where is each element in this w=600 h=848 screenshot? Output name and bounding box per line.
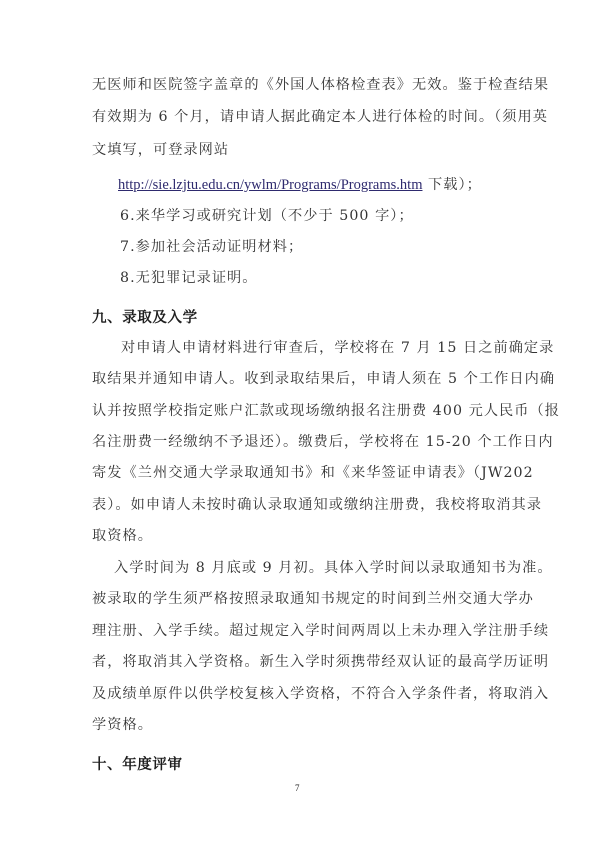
document-page: 无医师和医院签字盖章的《外国人体格检查表》无效。鉴于检查结果 有效期为 6 个月… [0,0,600,848]
paragraph-line: 及成绩单原件以供学校复核入学资格，不符合入学条件者，将取消入 [92,684,512,704]
paragraph-line: 表）。如申请人未按时确认录取通知或缴纳注册费，我校将取消其录 [92,495,512,515]
download-link-line: http://sie.lzjtu.edu.cn/ywlm/Programs/Pr… [118,175,538,195]
section-heading-annual-review: 十、年度评审 [92,755,183,775]
paragraph-line: 取资格。 [92,526,512,546]
paragraph-line: 被录取的学生须严格按照录取通知书规定的时间到兰州交通大学办 [92,589,512,609]
paragraph-line: 取结果并通知申请人。收到录取结果后，申请人须在 5 个工作日内确 [92,369,512,389]
paragraph-line: 入学时间为 8 月底或 9 月初。具体入学时间以录取通知书为准。 [114,558,534,578]
paragraph-line: 文填写，可登录网站 [92,140,512,160]
link-suffix-text: 下载）； [422,177,481,193]
list-item-6: 6.来华学习或研究计划（不少于 500 字）； [120,206,540,226]
paragraph-line: 者，将取消其入学资格。新生入学时须携带经双认证的最高学历证明 [92,652,512,672]
paragraph-line: 对申请人申请材料进行审查后，学校将在 7 月 15 日之前确定录 [121,338,541,358]
paragraph-line: 名注册费一经缴纳不予退还）。缴费后，学校将在 15-20 个工作日内 [92,432,512,452]
paragraph-line: 无医师和医院签字盖章的《外国人体格检查表》无效。鉴于检查结果 [92,75,512,95]
programs-download-link[interactable]: http://sie.lzjtu.edu.cn/ywlm/Programs/Pr… [118,177,422,193]
list-item-7: 7.参加社会活动证明材料； [120,237,540,257]
paragraph-line: 寄发《兰州交通大学录取通知书》和《来华签证申请表》（JW202 [92,463,512,483]
paragraph-line: 有效期为 6 个月，请申请人据此确定本人进行体检的时间。（须用英 [92,107,512,127]
list-item-8: 8.无犯罪记录证明。 [120,268,540,288]
paragraph-line: 理注册、入学手续。超过规定入学时间两周以上未办理入学注册手续 [92,621,512,641]
paragraph-line: 学资格。 [92,715,512,735]
page-number: 7 [295,783,300,793]
paragraph-line: 认并按照学校指定账户汇款或现场缴纳报名注册费 400 元人民币（报 [92,401,512,421]
section-heading-admission: 九、录取及入学 [92,308,198,328]
